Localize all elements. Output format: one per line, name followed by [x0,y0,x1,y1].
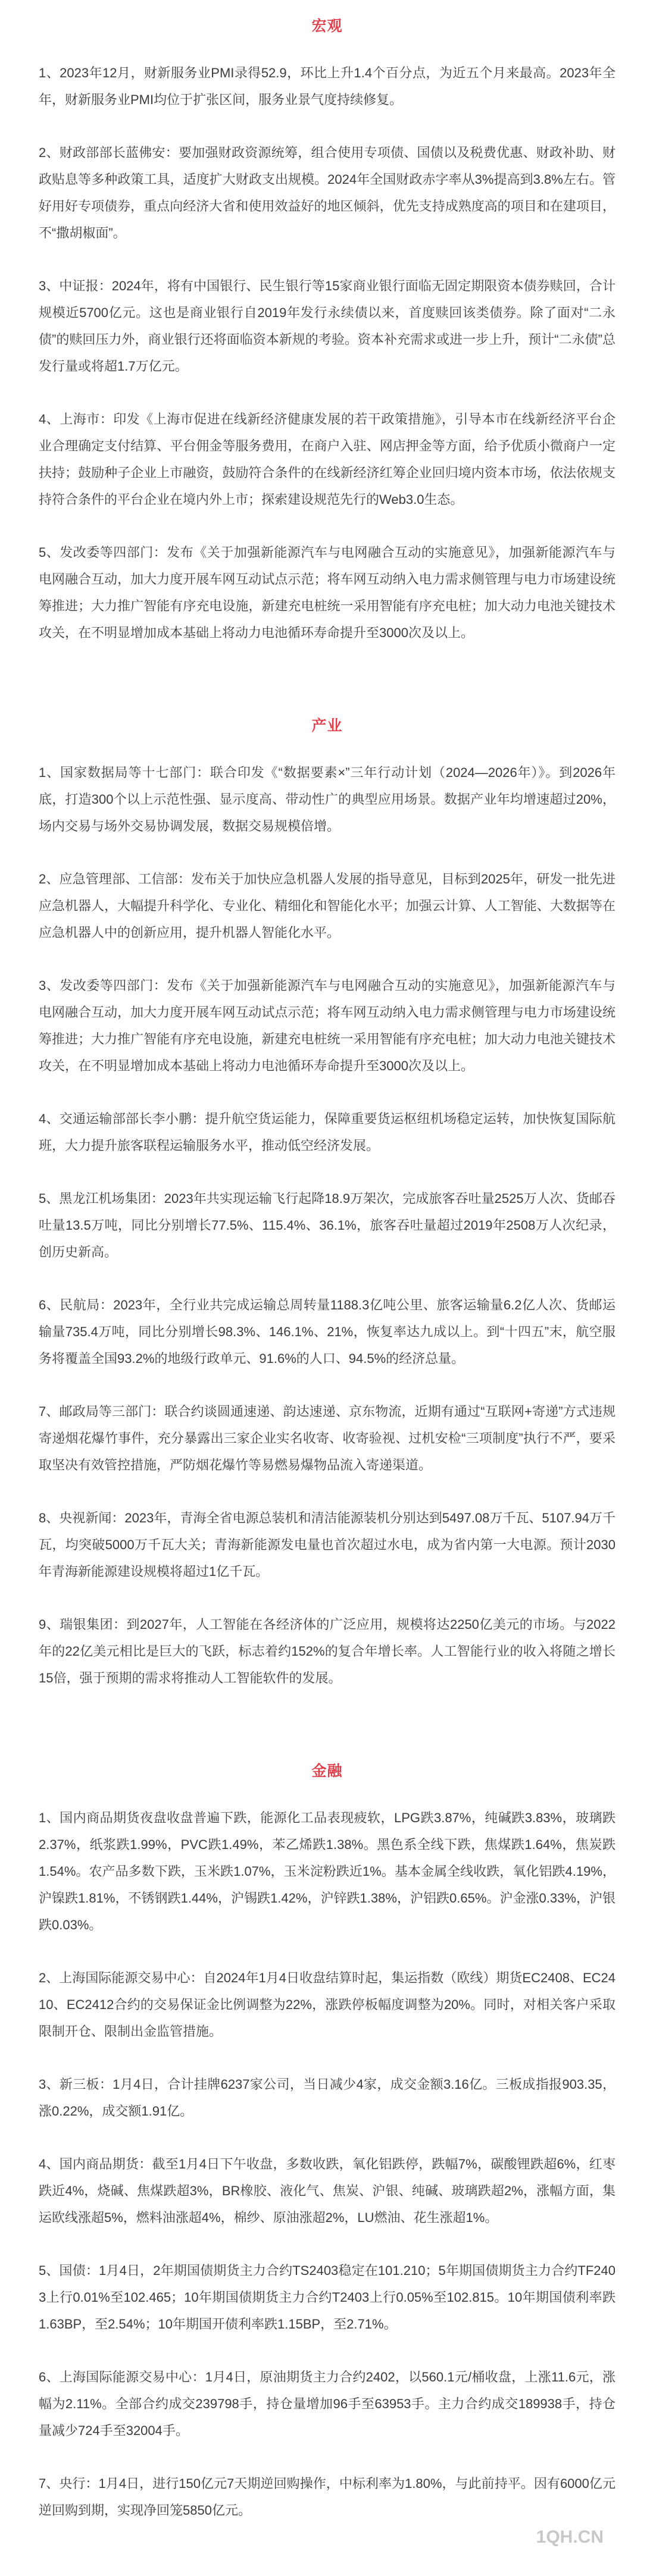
news-item: 3、中证报：2024年，将有中国银行、民生银行等15家商业银行面临无固定期限资本… [39,272,615,380]
news-item: 2、上海国际能源交易中心：自2024年1月4日收盘结算时起，集运指数（欧线）期货… [39,1964,615,2045]
news-item: 7、邮政局等三部门：联合约谈圆通速递、韵达速递、京东物流，近期有通过“互联网+寄… [39,1398,615,1478]
section-title-macro: 宏观 [39,15,615,37]
section-macro: 宏观 1、2023年12月，财新服务业PMI录得52.9，环比上升1.4个百分点… [39,15,615,646]
news-item: 2、应急管理部、工信部：发布关于加快应急机器人发展的指导意见，目标到2025年，… [39,866,615,946]
news-item: 3、发改委等四部门：发布《关于加强新能源汽车与电网融合互动的实施意见》，加强新能… [39,972,615,1079]
news-item: 6、上海国际能源交易中心：1月4日，原油期货主力合约2402，以560.1元/桶… [39,2364,615,2444]
section-title-finance: 金融 [39,1760,615,1782]
news-item: 8、央视新闻：2023年，青海全省电源总装机和清洁能源装机分别达到5497.08… [39,1505,615,1585]
news-item: 1、国家数据局等十七部门：联合印发《“数据要素×”三年行动计划（2024—202… [39,759,615,839]
news-item: 5、国债：1月4日，2年期国债期货主力合约TS2403稳定在101.210；5年… [39,2257,615,2337]
news-item: 3、新三板：1月4日，合计挂牌6237家公司，当日减少4家，成交金额3.16亿。… [39,2071,615,2124]
news-item: 5、黑龙江机场集团：2023年共实现运输飞行起降18.9万架次，完成旅客吞吐量2… [39,1185,615,1265]
news-item: 4、交通运输部部长李小鹏：提升航空货运能力，保障重要货运枢纽机场稳定运转，加快恢… [39,1105,615,1159]
news-item: 7、央行：1月4日，进行150亿元7天期逆回购操作，中标利率为1.80%，与此前… [39,2470,615,2524]
news-item: 5、发改委等四部门：发布《关于加强新能源汽车与电网融合互动的实施意见》，加强新能… [39,539,615,646]
section-industry: 产业 1、国家数据局等十七部门：联合印发《“数据要素×”三年行动计划（2024—… [39,715,615,1691]
news-item: 9、瑞银集团：到2027年，人工智能在各经济体的广泛应用，规模将达2250亿美元… [39,1611,615,1691]
watermark: 1QH.CN [39,2527,615,2547]
news-item: 2、财政部部长蓝佛安：要加强财政资源统筹，组合使用专项债、国债以及税费优惠、财政… [39,139,615,246]
news-item: 6、民航局：2023年，全行业共完成运输总周转量1188.3亿吨公里、旅客运输量… [39,1292,615,1372]
newsletter-page: 宏观 1、2023年12月，财新服务业PMI录得52.9，环比上升1.4个百分点… [0,0,653,2576]
news-item: 4、国内商品期货：截至1月4日下午收盘，多数收跌，氧化铝跌停，跌幅7%，碳酸锂跌… [39,2151,615,2231]
news-item: 1、国内商品期货夜盘收盘普遍下跌，能源化工品表现疲软，LPG跌3.87%，纯碱跌… [39,1804,615,1938]
section-title-industry: 产业 [39,715,615,737]
news-item: 1、2023年12月，财新服务业PMI录得52.9，环比上升1.4个百分点，为近… [39,59,615,113]
section-finance: 金融 1、国内商品期货夜盘收盘普遍下跌，能源化工品表现疲软，LPG跌3.87%，… [39,1760,615,2524]
news-item: 4、上海市：印发《上海市促进在线新经济健康发展的若干政策措施》，引导本市在线新经… [39,406,615,513]
